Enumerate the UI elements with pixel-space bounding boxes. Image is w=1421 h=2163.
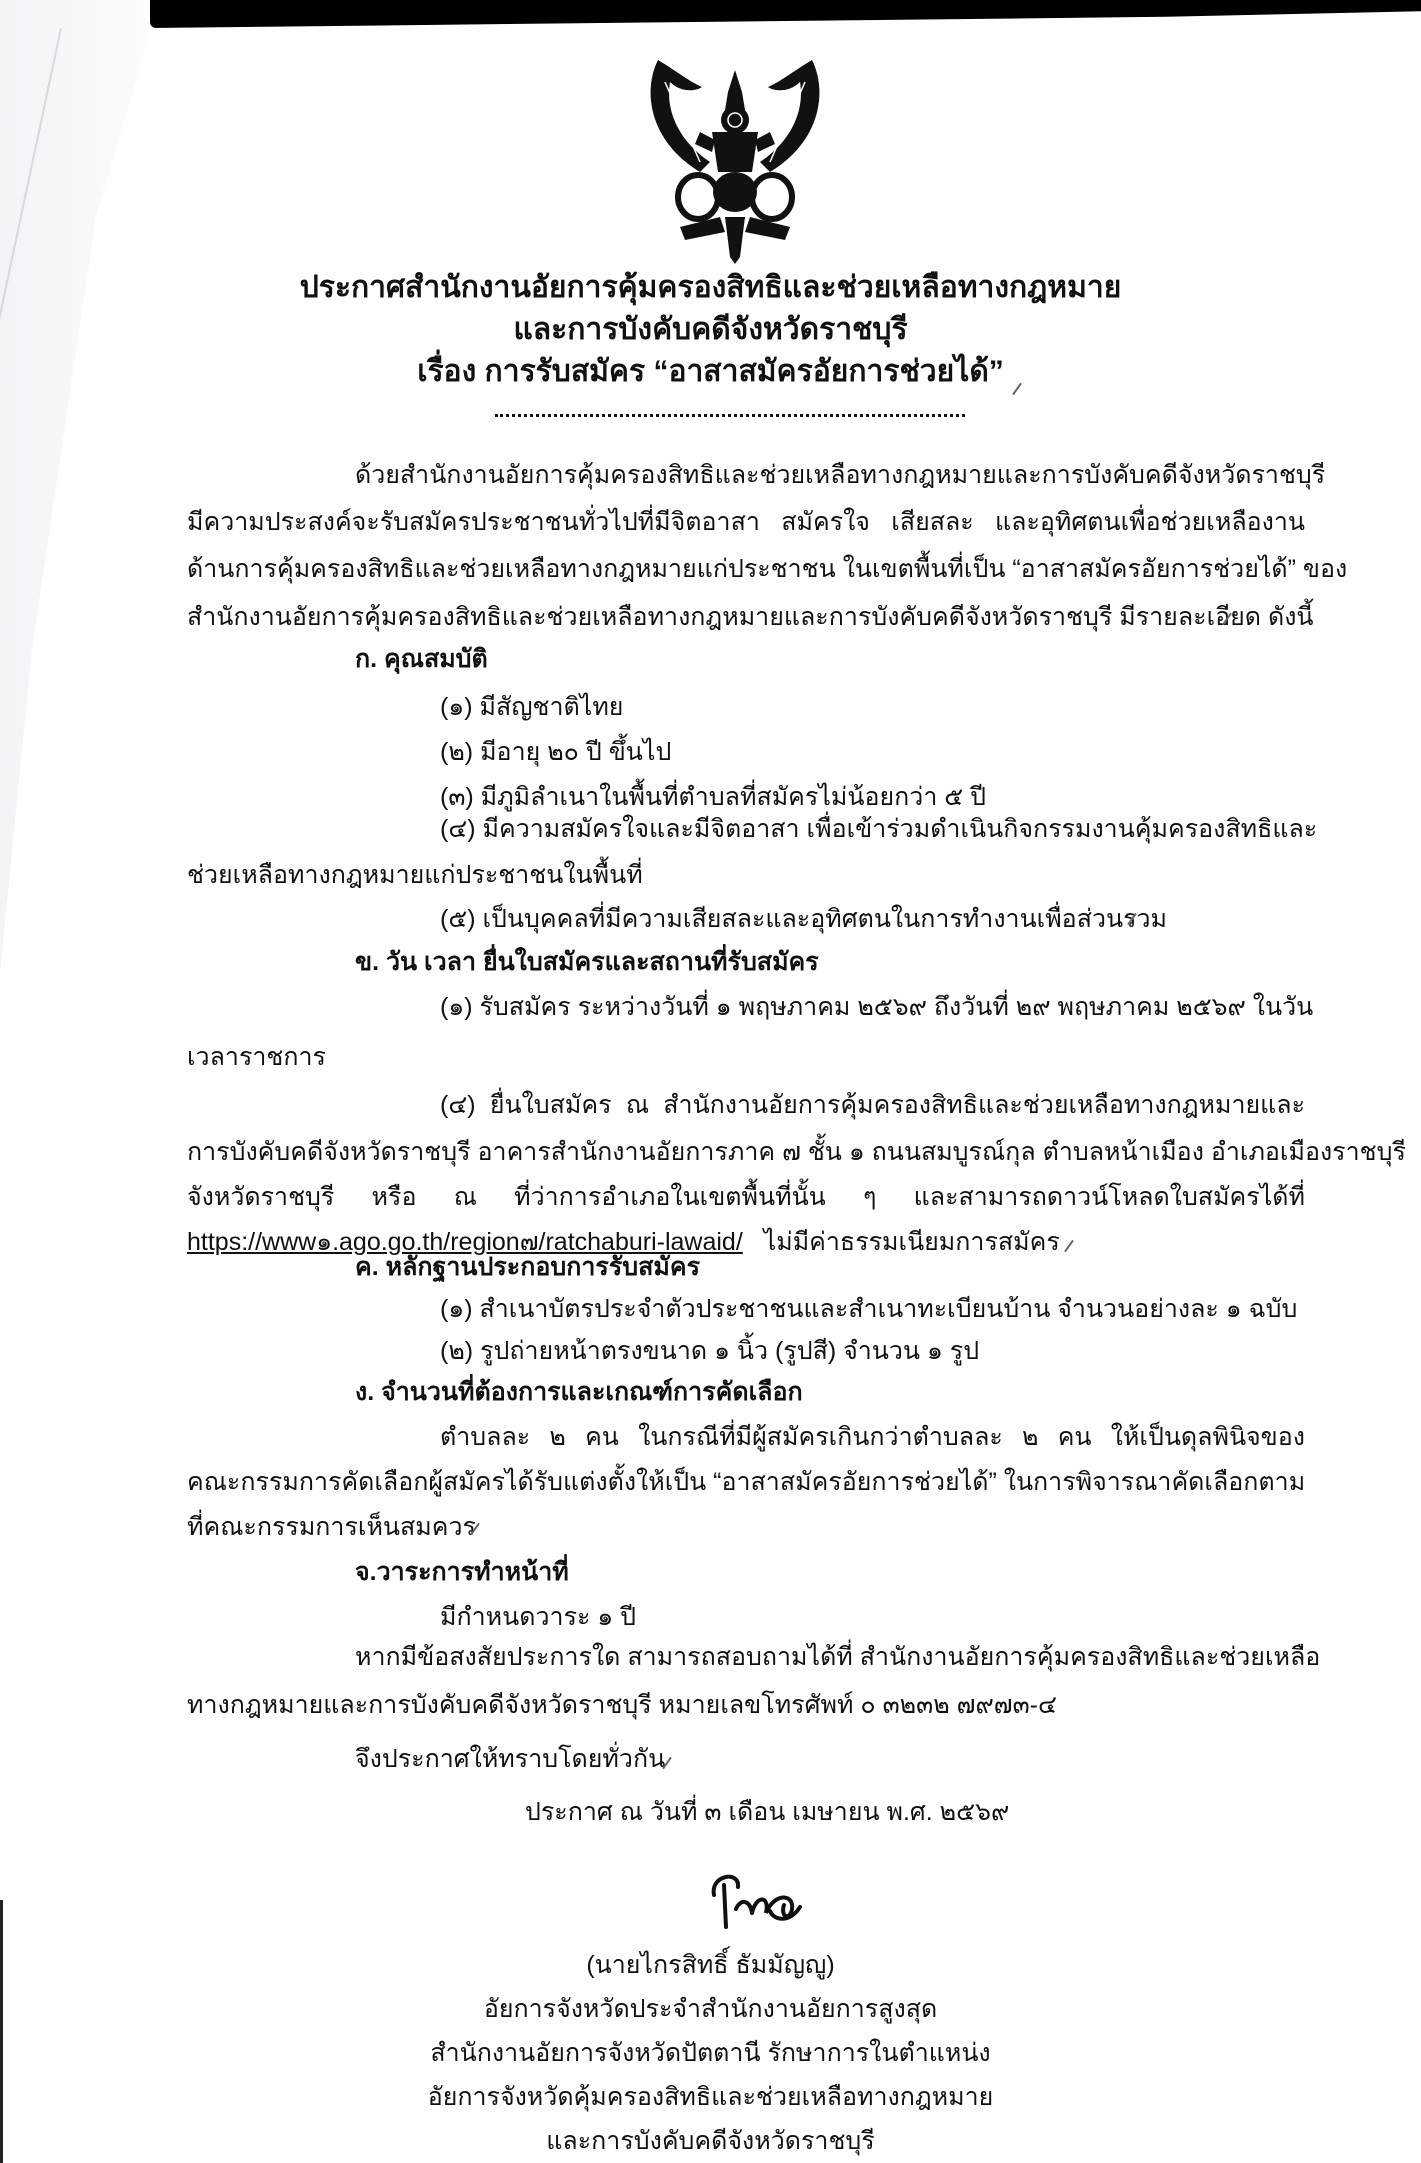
title-dotted-separator [495,408,965,417]
handwritten-signature [700,1865,820,1935]
announcement-title-line-2: และการบังคับคดีจังหวัดราชบุรี [0,310,1421,350]
section-a-heading: ก. คุณสมบัติ [355,642,488,676]
qualification-item: (๕) เป็นบุคคลที่มีความเสียสละและอุทิศตนใ… [440,902,1167,936]
qualification-item: (๒) มีอายุ ๒๐ ปี ขึ้นไป [440,735,671,769]
document-item: (๒) รูปถ่ายหน้าตรงขนาด ๑ นิ้ว (รูปสี) จำ… [440,1334,979,1368]
qualification-item: (๓) มีภูมิลำเนาในพื้นที่ตำบลที่สมัครไม่น… [440,780,986,814]
no-fee-note: ไม่มีค่าธรรมเนียมการสมัคร [764,1228,1060,1256]
application-item-continued: จังหวัดราชบุรี หรือ ณ ที่ว่าการอำเภอในเข… [187,1180,1305,1214]
garuda-emblem-icon [640,52,830,267]
announcement-subject: เรื่อง การรับสมัคร “อาสาสมัครอัยการช่วยไ… [0,352,1421,392]
signatory-title-line: อัยการจังหวัดคุ้มครองสิทธิและช่วยเหลือทา… [0,2080,1421,2114]
intro-line: ด้านการคุ้มครองสิทธิและช่วยเหลือทางกฎหมา… [187,552,1305,586]
qualification-item: (๔) มีความสมัครใจและมีจิตอาสา เพื่อเข้าร… [440,812,1305,846]
intro-line: มีความประสงค์จะรับสมัครประชาชนทั่วไปที่ม… [187,505,1305,539]
qualification-item-continued: ช่วยเหลือทางกฎหมายแก่ประชาชนในพื้นที่ [187,858,643,892]
check-mark [1064,1240,1074,1253]
section-d-heading: ง. จำนวนที่ต้องการและเกณฑ์การคัดเลือก [355,1375,803,1409]
selection-criteria-line: ที่คณะกรรมการเห็นสมควร [187,1510,476,1544]
section-c-heading: ค. หลักฐานประกอบการรับสมัคร [355,1250,700,1284]
section-e-heading: จ.วาระการทำหน้าที่ [355,1555,569,1589]
signatory-title-line: อัยการจังหวัดประจำสำนักงานอัยการสูงสุด [0,1992,1421,2026]
qualification-item: (๑) มีสัญชาติไทย [440,690,623,724]
intro-line: ด้วยสำนักงานอัยการคุ้มครองสิทธิและช่วยเห… [355,458,1305,492]
signatory-title-line: และการบังคับคดีจังหวัดราชบุรี [0,2124,1421,2158]
application-item: (๔) ยื่นใบสมัคร ณ สำนักงานอัยการคุ้มครอง… [440,1088,1305,1122]
closing-statement: จึงประกาศให้ทราบโดยทั่วกัน [355,1742,665,1776]
scan-dark-border [150,0,1421,28]
announcement-title-line-1: ประกาศสำนักงานอัยการคุ้มครองสิทธิและช่วย… [0,268,1421,308]
section-b-heading: ข. วัน เวลา ยื่นใบสมัครและสถานที่รับสมัค… [355,945,819,979]
announcement-date: ประกาศ ณ วันที่ ๓ เดือน เมษายน พ.ศ. ๒๕๖๙ [525,1795,1009,1829]
term-line: มีกำหนดวาระ ๑ ปี [440,1600,636,1634]
signatory-title-line: สำนักงานอัยการจังหวัดปัตตานี รักษาการในต… [0,2036,1421,2070]
contact-line: หากมีข้อสงสัยประการใด สามารถสอบถามได้ที่… [355,1640,1305,1674]
document-item: (๑) สำเนาบัตรประจำตัวประชาชนและสำเนาทะเบ… [440,1292,1297,1326]
intro-line: สำนักงานอัยการคุ้มครองสิทธิและช่วยเหลือท… [187,600,1314,634]
selection-criteria-line: ตำบลละ ๒ คน ในกรณีที่มีผู้สมัครเกินกว่าต… [440,1420,1305,1454]
contact-line: ทางกฎหมายและการบังคับคดีจังหวัดราชบุรี ห… [187,1688,1057,1722]
application-item-continued: เวลาราชการ [187,1040,326,1074]
selection-criteria-line: คณะกรรมการคัดเลือกผู้สมัครได้รับแต่งตั้ง… [187,1465,1305,1499]
application-item: (๑) รับสมัคร ระหว่างวันที่ ๑ พฤษภาคม ๒๕๖… [440,990,1305,1024]
signatory-name: (นายไกรสิทธิ์ ธัมมัญญู) [0,1948,1421,1982]
application-item-continued: การบังคับคดีจังหวัดราชบุรี อาคารสำนักงาน… [187,1135,1305,1169]
